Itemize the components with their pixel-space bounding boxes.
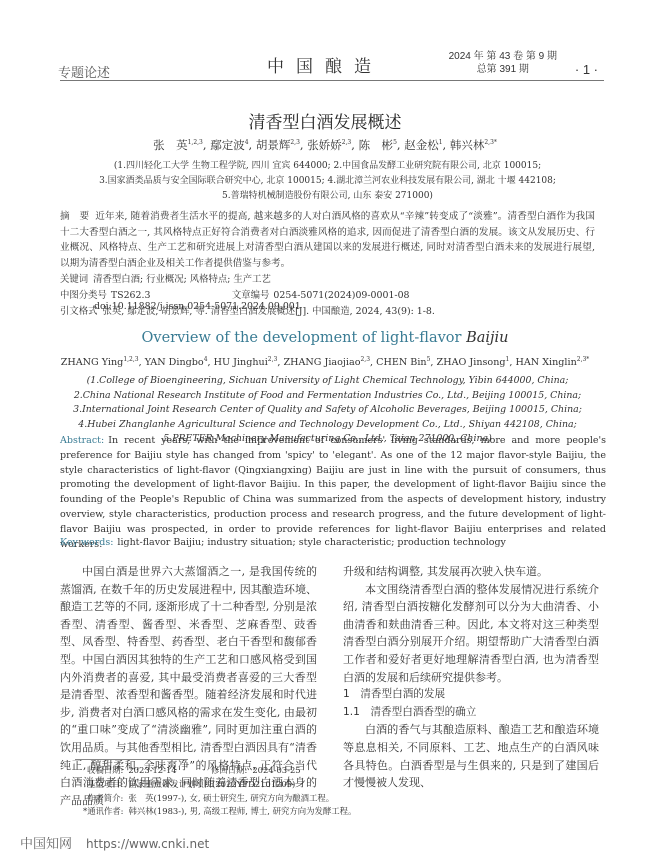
body-column-right: 升级和结构调整, 其发展再次驶入快车道。 本文围绕清香型白酒的整体发展情况进行系… <box>343 563 599 792</box>
footnote-divider <box>75 759 188 760</box>
article-no-label: 文章编号 <box>232 287 270 301</box>
abstract-text-cn: 近年来, 随着消费者生活水平的提高, 越来越多的人对白酒风格的喜欢从“辛辣”转变… <box>60 211 595 269</box>
author-affiliation-sup: 1,2,3 <box>123 356 138 363</box>
footnote-author: 作者简介:张 英(1997-), 女, 硕士研究生, 研究方向为酿酒工程。 <box>87 792 356 806</box>
abstract-en: Abstract:In recent years, with the impro… <box>60 434 606 552</box>
page-title-cn: 清香型白酒发展概述 <box>0 108 650 133</box>
affiliation-line: 5.普瑞特机械制造股份有限公司, 山东 泰安 271000) <box>70 189 585 204</box>
keywords-cn: 关键词清香型白酒; 行业概况; 风格特点; 生产工艺 <box>60 271 271 285</box>
author-affiliation-sup: 1 <box>506 356 510 363</box>
footnote-fund: 基金项目:国家重点研发计划项目(2022YFD2101205) <box>87 778 356 792</box>
author-name: HAN Xinglin <box>515 357 576 368</box>
author-affiliation-sup: 5 <box>393 139 397 146</box>
keywords-text-en: light-flavor Baijiu; industry situation;… <box>117 537 506 548</box>
section-heading-1-1: 1.1 清香型白酒香型的确立 <box>343 704 599 722</box>
footnote-corresponding: *通讯作者:韩兴林(1983-), 男, 高级工程师, 博士, 研究方向为发酵工… <box>83 805 356 819</box>
body-paragraph: 升级和结构调整, 其发展再次驶入快车道。 <box>343 563 599 581</box>
clc-value: TS262.3 <box>111 290 201 301</box>
page-number: · 1 · <box>575 62 598 77</box>
affiliations-cn: (1.四川轻化工大学 生物工程学院, 四川 宜宾 644000; 2.中国食品发… <box>70 159 585 204</box>
authors-cn: 张 英1,2,3, 鄢定波4, 胡景辉2,3, 张娇娇2,3, 陈 彬5, 赵金… <box>0 137 650 153</box>
author-affiliation-sup: 4 <box>204 356 208 363</box>
abstract-label-en: Abstract: <box>60 435 104 446</box>
corr-text: 韩兴林(1983-), 男, 高级工程师, 博士, 研究方向为发酵工程。 <box>129 806 357 816</box>
author-affiliation-sup: 2,3* <box>484 139 497 146</box>
issue-volume: 2024 年 第 43 卷 第 9 期 <box>449 50 557 63</box>
affiliation-line: 4.Hubei Zhanglanhe Agricultural Science … <box>60 418 595 433</box>
received-label: 收稿日期: <box>87 765 123 775</box>
author-name: YAN Dingbo <box>145 357 204 368</box>
cnki-watermark: 中国知网https://www.cnki.net <box>20 833 209 852</box>
author-affiliation-sup: 4 <box>245 139 249 146</box>
author-name: 鄢定波 <box>210 138 245 152</box>
author-label: 作者简介: <box>87 793 123 803</box>
author-name: ZHANG Ying <box>61 357 124 368</box>
author-name: ZHANG Jiaojiao <box>283 357 360 368</box>
body-paragraph: 白酒的香气与其酿造原料、酿造工艺和酿造环境等息息相关, 不同原料、工艺、地点生产… <box>343 721 599 791</box>
author-name: 赵金松 <box>404 138 439 152</box>
author-text: 张 英(1997-), 女, 硕士研究生, 研究方向为酿酒工程。 <box>128 793 334 803</box>
author-affiliation-sup: 2,3 <box>268 356 278 363</box>
fund-text: 国家重点研发计划项目(2022YFD2101205) <box>128 779 295 789</box>
cnki-url[interactable]: https://www.cnki.net <box>86 837 209 851</box>
section-heading-1: 1 清香型白酒的发展 <box>343 686 599 704</box>
revised-date: 2024-03-25 <box>252 765 300 775</box>
header-divider <box>60 80 604 81</box>
authors-en: ZHANG Ying1,2,3, YAN Dingbo4, HU Jinghui… <box>0 356 650 368</box>
issue-info: 2024 年 第 43 卷 第 9 期 总第 391 期 <box>449 50 557 76</box>
author-name: 陈 彬 <box>359 138 394 152</box>
author-affiliation-sup: 2,3 <box>360 356 370 363</box>
clc-label: 中图分类号 <box>60 287 107 301</box>
author-affiliation-sup: 5 <box>427 356 431 363</box>
affiliation-line: 3.International Joint Research Center of… <box>60 403 595 418</box>
fund-label: 基金项目: <box>87 779 123 789</box>
article-no-value: 0254-5071(2024)09-0001-08 <box>273 290 409 301</box>
author-name: 张 英 <box>153 138 188 152</box>
corr-label: *通讯作者: <box>83 806 124 816</box>
footnotes: 收稿日期:2023-12-14 修回日期:2024-03-25 基金项目:国家重… <box>87 764 356 819</box>
body-paragraph: 本文围绕清香型白酒的整体发展情况进行系统介绍, 清香型白酒按糖化发酵剂可以分为大… <box>343 581 599 687</box>
citation-label: 引文格式 <box>60 303 98 317</box>
keywords-en: Key words:light-flavor Baijiu; industry … <box>60 537 506 548</box>
affiliation-line: (1.四川轻化工大学 生物工程学院, 四川 宜宾 644000; 2.中国食品发… <box>70 159 585 174</box>
title-en-italic: Baijiu <box>466 330 508 346</box>
author-name: 韩兴林 <box>450 138 485 152</box>
author-name: 张娇娇 <box>307 138 342 152</box>
author-name: CHEN Bin <box>376 357 426 368</box>
keywords-text-cn: 清香型白酒; 行业概况; 风格特点; 生产工艺 <box>93 271 271 285</box>
cnki-logo-text: 中国知网 <box>20 837 72 852</box>
keywords-label-cn: 关键词 <box>60 271 88 285</box>
author-name: HU Jinghui <box>214 357 268 368</box>
citation-row: 引文格式张英, 鄢定波, 胡景辉, 等. 清香型白酒发展概述[J]. 中国酿造,… <box>60 303 435 317</box>
author-affiliation-sup: 2,3* <box>577 356 590 363</box>
abstract-label-cn: 摘 要 <box>60 211 89 222</box>
abstract-cn: 摘 要近年来, 随着消费者生活水平的提高, 越来越多的人对白酒风格的喜欢从“辛辣… <box>60 209 595 271</box>
author-affiliation-sup: 1 <box>439 139 443 146</box>
author-name: ZHAO Jinsong <box>437 357 506 368</box>
title-en-main: Overview of the development of light-fla… <box>141 330 466 346</box>
footnote-dates: 收稿日期:2023-12-14 修回日期:2024-03-25 <box>87 764 356 778</box>
affiliation-line: 2.China National Research Institute of F… <box>60 389 595 404</box>
received-date: 2023-12-14 <box>128 764 208 778</box>
keywords-label-en: Key words: <box>60 537 113 548</box>
abstract-text-en: In recent years, with the improvement of… <box>60 435 606 550</box>
author-affiliation-sup: 2,3 <box>290 139 300 146</box>
affiliation-line: 3.国家酒类品质与安全国际联合研究中心, 北京 100015; 4.湖北漳兰河农… <box>70 174 585 189</box>
citation-text: 张英, 鄢定波, 胡景辉, 等. 清香型白酒发展概述[J]. 中国酿造, 202… <box>103 303 435 317</box>
affiliation-line: (1.College of Bioengineering, Sichuan Un… <box>60 374 595 389</box>
author-name: 胡景辉 <box>256 138 291 152</box>
author-affiliation-sup: 2,3 <box>342 139 352 146</box>
author-affiliation-sup: 1,2,3 <box>188 139 203 146</box>
page-title-en: Overview of the development of light-fla… <box>0 330 650 346</box>
revised-label: 修回日期: <box>211 765 247 775</box>
issue-total: 总第 391 期 <box>449 63 557 76</box>
